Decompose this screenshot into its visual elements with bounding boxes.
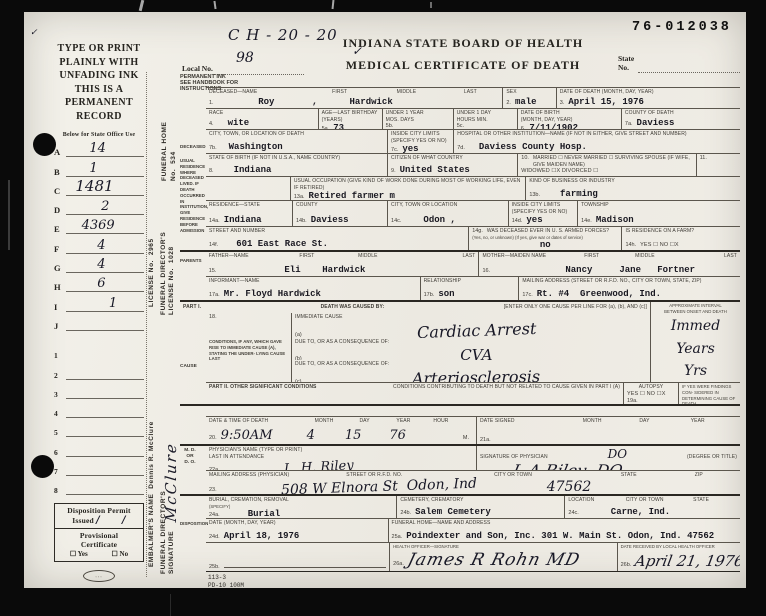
row-letter: J <box>54 321 66 331</box>
age-label: AGE—LAST BIRTHDAY (YEARS) <box>322 110 379 123</box>
instruction-line: TYPE OR PRINT <box>54 42 144 56</box>
datetime-value-row: 20. 9:50AM 4 15 76 M. <box>209 428 473 443</box>
field-state-of-birth: STATE OF BIRTH (IF NOT IN U.S.A., NAME C… <box>206 154 387 176</box>
fill-line <box>66 398 144 418</box>
industry-value: farming <box>560 189 598 199</box>
field-age: AGE—LAST BIRTHDAY (YEARS) 5a.73 <box>318 109 382 129</box>
item-number: 7b. <box>209 145 217 151</box>
item-number: 23. <box>209 487 217 493</box>
day-value: 15 <box>345 428 362 443</box>
local-no-label: Local No. <box>182 64 213 73</box>
fill-line <box>66 436 144 456</box>
handwritten-value: 14 <box>89 141 106 156</box>
row-street-armed-farm: STREET AND NUMBER 14f.601 East Race St. … <box>206 226 740 250</box>
handwritten-value: 1481 <box>75 177 113 195</box>
disposition-date-label: DATE (MONTH, DAY, YEAR) <box>209 520 385 527</box>
fill-line <box>66 475 144 495</box>
item-number: 13b. <box>529 192 540 198</box>
autopsy-cell: AUTOPSY YES ☐ NO ☐X 19a. <box>623 383 678 404</box>
last-col-label: LAST <box>441 89 499 96</box>
residence-label-spacer <box>206 177 290 200</box>
row-physician: PHYSICIAN'S NAME (TYPE OR PRINT) LAST IN… <box>180 444 740 470</box>
film-scratch <box>430 2 432 8</box>
row-number: 7 <box>54 467 66 476</box>
field-under-1-year: UNDER 1 YEAR MOS. DAYS 5b. <box>382 109 453 129</box>
time-of-death-value: 9:50AM <box>221 428 273 443</box>
row-letter: B <box>54 167 66 177</box>
location-label: LOCATION <box>568 497 625 504</box>
item-number: 14e. <box>581 218 592 224</box>
handwritten-value: 1 <box>89 161 97 176</box>
row-letter: G <box>54 263 66 273</box>
office-row-g: G4 <box>54 254 144 273</box>
month-value: 4 <box>307 428 315 443</box>
township-label: TOWNSHIP <box>581 202 737 209</box>
physician-address-value: 508 W Elnora St Odon, Ind <box>280 475 477 494</box>
funeral-home-value: Poindexter and Son, Inc. 301 W. Main St.… <box>406 531 714 541</box>
item-number: 21a. <box>480 437 491 443</box>
fill-line <box>66 417 144 437</box>
permit-issued-slashes: / / <box>96 515 126 526</box>
field-sex: SEX 2.male <box>502 88 555 108</box>
informant-mailing-label: MAILING ADDRESS (STREET OR R.F.D. NO., C… <box>522 278 737 285</box>
row-birth-citizen-marital: STATE OF BIRTH (IF NOT IN U.S.A., NAME C… <box>206 153 740 176</box>
fill-line <box>66 379 144 399</box>
handwritten-value: 2 <box>101 199 109 214</box>
handwritten-value: 4 <box>97 257 105 272</box>
item-number: 14b. <box>296 218 307 224</box>
fill-line <box>66 341 144 360</box>
date-received-label: DATE RECEIVED BY LOCAL HEALTH OFFICER <box>621 544 737 550</box>
field-physician-signature: SIGNATURE OF PHYSICIAN DO (DEGREE OR TIT… <box>476 446 740 470</box>
fill-line: 4 <box>66 233 144 253</box>
informant-value: Mr. Floyd Hardwick <box>224 289 321 299</box>
fill-line: 4369 <box>66 214 144 234</box>
armed-forces-value: no <box>540 240 551 250</box>
field-industry: KIND OF BUSINESS OR INDUSTRY 13b.farming <box>525 177 740 200</box>
item-number: 11. <box>700 155 707 161</box>
marital-options-line1: MARRIED ☐ NEVER MARRIED ☐ SURVIVING SPOU… <box>533 155 693 168</box>
location-value: Carne, Ind. <box>611 507 670 517</box>
office-row-1: 1 <box>54 341 144 360</box>
embalmer-license-number: LICENSE No. 2965 <box>148 192 155 307</box>
street-label: STREET AND NUMBER <box>209 228 465 235</box>
fill-line: 6 <box>66 272 144 292</box>
field-armed-forces: 14g.WAS DECEASED EVER IN U. S. ARMED FOR… <box>468 227 621 250</box>
section-divider <box>180 404 740 406</box>
item-number: 26b. <box>621 562 632 568</box>
row-parents: FATHER—NAME FIRST MIDDLE LAST 15.Eli Har… <box>180 250 740 276</box>
physician-signature-value: L A Riley DO <box>511 461 624 470</box>
scanned-death-certificate: ✓ TYPE OR PRINT PLAINLY WITH UNFADING IN… <box>0 0 766 616</box>
state-of-birth-label: STATE OF BIRTH (IF NOT IN U.S.A., NAME C… <box>209 155 384 162</box>
field-funeral-home: FUNERAL HOME—NAME AND ADDRESS 25a.Poinde… <box>388 519 740 542</box>
first-name-value: Roy <box>258 97 274 107</box>
cause-a-value: Cardiac Arrest <box>416 318 536 338</box>
farm-checkboxes: YES ☐ NO ☐X <box>640 242 678 249</box>
film-scratch <box>8 180 10 250</box>
field-citizen: CITIZEN OF WHAT COUNTRY 9.United States <box>387 154 517 176</box>
handwritten-value: 1 <box>109 296 117 311</box>
row-physician-address: MAILING ADDRESS (PHYSICIAN) STREET OR R.… <box>206 470 740 494</box>
physician-name-value: L. H. Riley <box>283 458 353 470</box>
city-col: CITY OR TOWN <box>626 497 693 504</box>
item-number: 17b. <box>424 292 435 298</box>
office-row-7: 7 <box>54 457 144 476</box>
handwritten-value: 4369 <box>82 218 115 233</box>
conditions-note: CONDITIONS, IF ANY, WHICH GAVE RISE TO I… <box>206 338 291 360</box>
row-letter: E <box>54 224 66 234</box>
item-number: 19a. <box>627 398 671 404</box>
informant-label: INFORMANT—NAME <box>209 278 417 285</box>
funeral-director-signature: McClure <box>162 291 180 523</box>
cause-c-value: Arteriosclerosis <box>412 366 540 382</box>
location-label-row: LOCATION CITY OR TOWN STATE <box>568 497 737 504</box>
row-number: 2 <box>54 371 66 380</box>
residence-city-label: CITY, TOWN OR LOCATION <box>391 202 505 209</box>
office-row-5: 5 <box>54 418 144 437</box>
citizen-value: United States <box>400 165 470 175</box>
item-number: 14c. <box>391 218 401 224</box>
row-residence: RESIDENCE—STATE 14a.Indiana COUNTY 14b.D… <box>206 200 740 226</box>
year-col: YEAR <box>396 418 433 425</box>
hole-punch <box>33 133 56 156</box>
row-disposition-a: BURIAL, CREMATION, REMOVAL (SPECIFY) 24a… <box>180 494 740 518</box>
interval-header: APPROXIMATE INTERVAL BETWEEN ONSET AND D… <box>654 303 737 313</box>
item-number: 9. <box>391 168 396 174</box>
row-cause-header: PART I. DEATH WAS CAUSED BY: [ENTER ONLY… <box>180 300 740 313</box>
field-residence-county: COUNTY 14b.Daviess <box>292 201 387 226</box>
provisional-checkboxes: ☐ Yes ☐ No <box>58 550 140 558</box>
interval-a-value: Immed <box>671 318 720 334</box>
office-row-2: 2 <box>54 360 144 379</box>
row-informant: INFORMANT—NAME 17a.Mr. Floyd Hardwick RE… <box>206 276 740 300</box>
office-row-h: H6 <box>54 273 144 292</box>
form-number: 113-3 <box>208 574 244 582</box>
date-of-death-label: DATE OF DEATH (MONTH, DAY, YEAR) <box>560 89 737 96</box>
industry-label: KIND OF BUSINESS OR INDUSTRY <box>529 178 737 185</box>
datetime-label-row: DATE & TIME OF DEATH MONTH DAY YEAR HOUR <box>209 418 473 425</box>
field-father-name: FATHER—NAME FIRST MIDDLE LAST 15.Eli Har… <box>206 252 479 276</box>
funeral-home-number: FUNERAL HOME No. 534 <box>160 86 178 181</box>
marital-options-line2: WIDOWED ☐X DIVORCED ☐ <box>521 168 692 175</box>
degree-handwritten: DO <box>608 447 627 461</box>
margin-label-deceased: DECEASED <box>180 144 206 149</box>
row-number: 8 <box>54 486 66 495</box>
date-received-value: April 21, 1976 <box>634 552 740 570</box>
item-number: 26a. <box>393 561 404 567</box>
interval-c-cell: Yrs <box>650 360 740 382</box>
row-letter: D <box>54 205 66 215</box>
item-number: 17c. <box>522 292 532 298</box>
interval-b-value: Years <box>676 341 715 357</box>
instruction-line: THIS IS A <box>54 83 144 97</box>
inside-limits-value: yes <box>402 144 418 153</box>
field-residence-state: RESIDENCE—STATE 14a.Indiana <box>206 201 292 226</box>
occupation-value: Retired farmer m <box>309 191 395 200</box>
state-no-line <box>638 72 740 73</box>
ampm-label: M. <box>463 435 469 441</box>
local-no-value: 98 <box>236 50 254 66</box>
interval-b-cell: Years <box>650 338 740 360</box>
item-number: 15. <box>209 268 217 274</box>
field-health-officer-signature: HEALTH OFFICER—SIGNATURE 26a. James R Ro… <box>389 543 616 571</box>
datetime-label: DATE & TIME OF DEATH <box>209 418 315 425</box>
handwritten-value: 4 <box>97 238 105 253</box>
citizen-label: CITIZEN OF WHAT COUNTRY <box>391 155 514 162</box>
fill-line <box>66 359 144 379</box>
first-col-label: FIRST <box>584 253 635 260</box>
field-date-of-birth: DATE OF BIRTH (MONTH, DAY, YEAR) 6.7/11/… <box>517 109 621 129</box>
permit-title: Disposition Permit <box>58 506 140 515</box>
interval-c-value: Yrs <box>684 363 707 379</box>
middle-col-label: MIDDLE <box>372 89 442 96</box>
item-number: 18. <box>209 314 284 320</box>
residence-county-value: Daviess <box>311 215 349 225</box>
office-row-f: F4 <box>54 234 144 253</box>
field-disposition-date: DATE (MONTH, DAY, YEAR) 24d.April 18, 19… <box>206 519 388 542</box>
field-residence-on-farm: IS RESIDENCE ON A FARM? 14h.YES ☐ NO ☐X <box>621 227 740 250</box>
item-number: 7d. <box>457 145 465 151</box>
item-number: 10. <box>521 155 529 161</box>
row-datetime-datesigned: DATE & TIME OF DEATH MONTH DAY YEAR HOUR… <box>206 416 740 444</box>
interval-header-cell: APPROXIMATE INTERVAL BETWEEN ONSET AND D… <box>650 302 740 313</box>
due-to-b-cell: DUE TO, OR AS A CONSEQUENCE OF: (b) CVA <box>291 338 650 360</box>
part1-label: PART I. <box>183 304 201 311</box>
field-cemetery-location: LOCATION CITY OR TOWN STATE 24c.Carne, I… <box>564 496 740 518</box>
item-number: 14f. <box>209 242 218 248</box>
row-signatures: 25b. HEALTH OFFICER—SIGNATURE 26a. James… <box>206 542 740 572</box>
yes-checkbox: ☐ Yes <box>70 550 88 558</box>
item-number: 14d. <box>512 218 523 224</box>
item-number: 7a. <box>625 121 633 127</box>
fill-line <box>66 311 144 331</box>
office-row-8: 8 <box>54 476 144 495</box>
permit-divider <box>55 528 143 529</box>
city-of-death-value: Washington <box>229 142 283 152</box>
instruction-line: PLAINLY WITH <box>54 56 144 70</box>
row-number: 5 <box>54 428 66 437</box>
field-deceased-name: DECEASED—NAME FIRST MIDDLE LAST 1. Roy ,… <box>206 88 502 108</box>
day-col: DAY <box>359 418 396 425</box>
office-row-3: 3 <box>54 380 144 399</box>
item-number: 20. <box>209 435 217 441</box>
field-mother-name: MOTHER—MAIDEN NAME FIRST MIDDLE LAST 16.… <box>478 252 740 276</box>
row-number: 3 <box>54 390 66 399</box>
cemetery-value: Salem Cemetery <box>415 507 491 517</box>
row-number: 6 <box>54 448 66 457</box>
disposition-permit-box: Disposition Permit Issued / / Provisiona… <box>54 503 144 562</box>
part2-note: CONDITIONS CONTRIBUTING TO DEATH BUT NOT… <box>393 384 620 403</box>
row-cause-c: DUE TO, OR AS A CONSEQUENCE OF: (c) Arte… <box>206 360 740 382</box>
health-officer-label: HEALTH OFFICER—SIGNATURE <box>393 544 613 550</box>
item-number: 25a. <box>392 534 403 540</box>
fill-line: 1481 <box>66 176 144 196</box>
hospital-value: Daviess County Hosp. <box>479 142 587 152</box>
caused-by-label: DEATH WAS CAUSED BY: <box>321 304 385 311</box>
degree-title-label: (DEGREE OR TITLE) <box>687 454 737 461</box>
fill-line: 4 <box>66 253 144 273</box>
item-number: 16. <box>482 268 490 274</box>
row-letter: C <box>54 186 66 196</box>
physician-zip-value: 47562 <box>547 479 592 495</box>
provisional-label: Provisional <box>58 531 140 540</box>
race-value: wite <box>228 118 250 128</box>
middle-col-label: MIDDLE <box>635 253 691 260</box>
state-of-birth-value: Indiana <box>234 165 272 175</box>
sidebar-divider <box>146 72 147 577</box>
state-office-sidebar: TYPE OR PRINT PLAINLY WITH UNFADING INK … <box>54 30 144 582</box>
film-scratch <box>332 0 335 9</box>
farm-label: IS RESIDENCE ON A FARM? <box>625 228 737 235</box>
field-surviving-spouse: 11. <box>696 154 740 176</box>
cause-18-cell: 18. <box>206 313 291 338</box>
item-number: 1. <box>209 100 214 106</box>
middle-separator: , <box>312 97 317 107</box>
field-under-1-day: UNDER 1 DAY HOURS MIN. 5c. <box>453 109 517 129</box>
first-col-label: FIRST <box>308 89 372 96</box>
last-col-label: LAST <box>691 253 737 260</box>
one-cause-note: [ENTER ONLY ONE CAUSE PER LINE FOR (a), … <box>504 304 647 311</box>
item-number: 14a. <box>209 218 220 224</box>
print-run-code: PD-10 100M <box>208 582 244 590</box>
hole-punch <box>31 455 54 478</box>
item-number: 17a. <box>209 292 220 298</box>
office-row-e: E4369 <box>54 215 144 234</box>
certificate-form: C H - 20 - 20 ✓ Local No. 98 INDIANA STA… <box>180 12 742 588</box>
mother-label-row: MOTHER—MAIDEN NAME FIRST MIDDLE LAST <box>482 253 737 260</box>
office-row-c: C1481 <box>54 177 144 196</box>
row-letter: I <box>54 302 66 312</box>
year-value: 76 <box>389 428 406 443</box>
fill-line: 1 <box>66 156 144 176</box>
informant-mailing-value: Rt. #4 Greenwood, Ind. <box>537 289 661 299</box>
row-letter: F <box>54 244 66 254</box>
item-number: 2. <box>506 100 511 106</box>
disposition-date-value: April 18, 1976 <box>224 531 300 541</box>
office-row-6: 6 <box>54 437 144 456</box>
month-col: MONTH <box>315 418 360 425</box>
row-race-age-dob: RACE 4.wite AGE—LAST BIRTHDAY (YEARS) 5a… <box>206 108 740 129</box>
year-col: YEAR <box>691 418 705 425</box>
field-occupation: USUAL OCCUPATION (GIVE KIND OF WORK DONE… <box>290 177 525 200</box>
item-number: 8. <box>209 168 214 174</box>
findings-label: IF YES WERE FINDINGS CON- SIDERED IN DET… <box>682 384 737 404</box>
row-occupation: USUAL OCCUPATION (GIVE KIND OF WORK DONE… <box>206 176 740 200</box>
part2-label: PART II. OTHER SIGNIFICANT CONDITIONS <box>209 384 317 403</box>
field-burial-type: BURIAL, CREMATION, REMOVAL (SPECIFY) 24a… <box>206 496 396 518</box>
field-marital-status: 10.MARRIED ☐ NEVER MARRIED ☐ SURVIVING S… <box>517 154 695 176</box>
father-label: FATHER—NAME <box>209 253 300 260</box>
father-label-row: FATHER—NAME FIRST MIDDLE LAST <box>209 253 476 260</box>
residence-limits-label: INSIDE CITY LIMITS (SPECIFY YES OR NO) <box>512 202 574 215</box>
form-title-line1: INDIANA STATE BOARD OF HEALTH <box>308 36 618 51</box>
row-part2-autopsy: PART II. OTHER SIGNIFICANT CONDITIONS CO… <box>206 382 740 404</box>
date-of-death-value: April 15, 1976 <box>568 97 644 107</box>
county-of-death-label: COUNTY OF DEATH <box>625 110 737 117</box>
item-number: 24d. <box>209 534 220 540</box>
physician-signature-label: SIGNATURE OF PHYSICIAN <box>480 454 548 461</box>
relationship-value: son <box>438 289 454 299</box>
sex-label: SEX <box>506 89 552 96</box>
field-physician-name: PHYSICIAN'S NAME (TYPE OR PRINT) LAST IN… <box>206 446 476 470</box>
due-to-c-cell: DUE TO, OR AS A CONSEQUENCE OF: (c) Arte… <box>291 360 650 382</box>
certificate-label: Certificate <box>58 540 140 549</box>
field-funeral-director-line: 25b. <box>206 543 389 571</box>
line-letter: (a) <box>295 332 302 338</box>
film-scratch <box>170 594 171 616</box>
county-of-death-value: Daviess <box>637 118 675 128</box>
office-row-d: D2 <box>54 196 144 215</box>
funeral-home-label: FUNERAL HOME—NAME AND ADDRESS <box>392 520 737 527</box>
mother-label: MOTHER—MAIDEN NAME <box>482 253 584 260</box>
row-letter: A <box>54 147 66 157</box>
margin-label-cause: CAUSE <box>180 364 206 369</box>
certificate-number-stamp: 76-012038 <box>632 20 732 35</box>
instruction-line: PERMANENT <box>54 96 144 110</box>
row-number: 1 <box>54 351 66 360</box>
field-township: TOWNSHIP 14e.Madison <box>577 201 740 226</box>
row-name-sex-dod: DECEASED—NAME FIRST MIDDLE LAST 1. Roy ,… <box>206 87 740 108</box>
date-signed-label: DATE SIGNED <box>480 418 583 425</box>
item-number: 24c. <box>568 510 578 516</box>
field-race: RACE 4.wite <box>206 109 318 129</box>
item-number: 14h. <box>625 242 636 248</box>
hospital-label: HOSPITAL OR OTHER INSTITUTION—NAME (IF N… <box>457 131 737 138</box>
instruction-line: RECORD <box>54 110 144 124</box>
certificate-sheet: ✓ TYPE OR PRINT PLAINLY WITH UNFADING IN… <box>24 12 746 588</box>
fill-line: 14 <box>66 137 144 157</box>
field-date-received: DATE RECEIVED BY LOCAL HEALTH OFFICER 26… <box>617 543 740 571</box>
field-date-signed: DATE SIGNED MONTH DAY YEAR 21a. <box>476 417 740 444</box>
permit-issued-line: Issued / / <box>58 515 140 526</box>
no-checkbox: ☐ No <box>112 550 129 558</box>
field-hospital: HOSPITAL OR OTHER INSTITUTION—NAME (IF N… <box>453 130 740 153</box>
field-city-of-death: CITY, TOWN, OR LOCATION OF DEATH 7b.Wash… <box>206 130 387 153</box>
field-residence-limits: INSIDE CITY LIMITS (SPECIFY YES OR NO) 1… <box>508 201 577 226</box>
residence-county-label: COUNTY <box>296 202 384 209</box>
field-date-of-death: DATE OF DEATH (MONTH, DAY, YEAR) 3.April… <box>556 88 740 108</box>
item-number: 3. <box>560 100 565 106</box>
row-cause-a: 18. IMMEDIATE CAUSE (a) Cardiac Arrest I… <box>206 313 740 338</box>
blank-line <box>224 567 386 568</box>
autopsy-checkboxes: YES ☐ NO ☐X <box>627 391 675 398</box>
item-number: 14g. <box>472 228 483 234</box>
relationship-label: RELATIONSHIP <box>424 278 516 285</box>
film-scratch <box>139 0 145 11</box>
residence-state-label: RESIDENCE—STATE <box>209 202 289 209</box>
last-col-label: LAST <box>422 253 475 260</box>
field-street: STREET AND NUMBER 14f.601 East Race St. <box>206 227 468 250</box>
inside-limits-label: INSIDE CITY LIMITS (SPECIFY YES OR NO) <box>391 131 450 144</box>
field-informant: INFORMANT—NAME 17a.Mr. Floyd Hardwick <box>206 277 420 300</box>
burial-type-value: Burial <box>248 509 280 518</box>
form-title-line2: MEDICAL CERTIFICATE OF DEATH <box>308 58 618 73</box>
office-row-i: I1 <box>54 292 144 311</box>
conditions-note-spacer <box>206 360 291 382</box>
cause-b-value: CVA <box>460 346 492 361</box>
field-datetime-of-death: DATE & TIME OF DEATH MONTH DAY YEAR HOUR… <box>206 417 476 444</box>
residence-city-value: Odon , <box>423 215 455 225</box>
residence-limits-value: yes <box>526 215 542 225</box>
state-no-label: State No. <box>618 54 634 72</box>
office-row-a: A14 <box>54 138 144 157</box>
cemetery-label: CEMETERY, CREMATORY <box>400 497 561 504</box>
immediate-cause-cell: IMMEDIATE CAUSE (a) Cardiac Arrest <box>291 313 650 338</box>
race-label: RACE <box>209 110 315 117</box>
row-disposition-b: DATE (MONTH, DAY, YEAR) 24d.April 18, 19… <box>206 518 740 542</box>
sidebar-instructions: TYPE OR PRINT PLAINLY WITH UNFADING INK … <box>54 42 144 123</box>
